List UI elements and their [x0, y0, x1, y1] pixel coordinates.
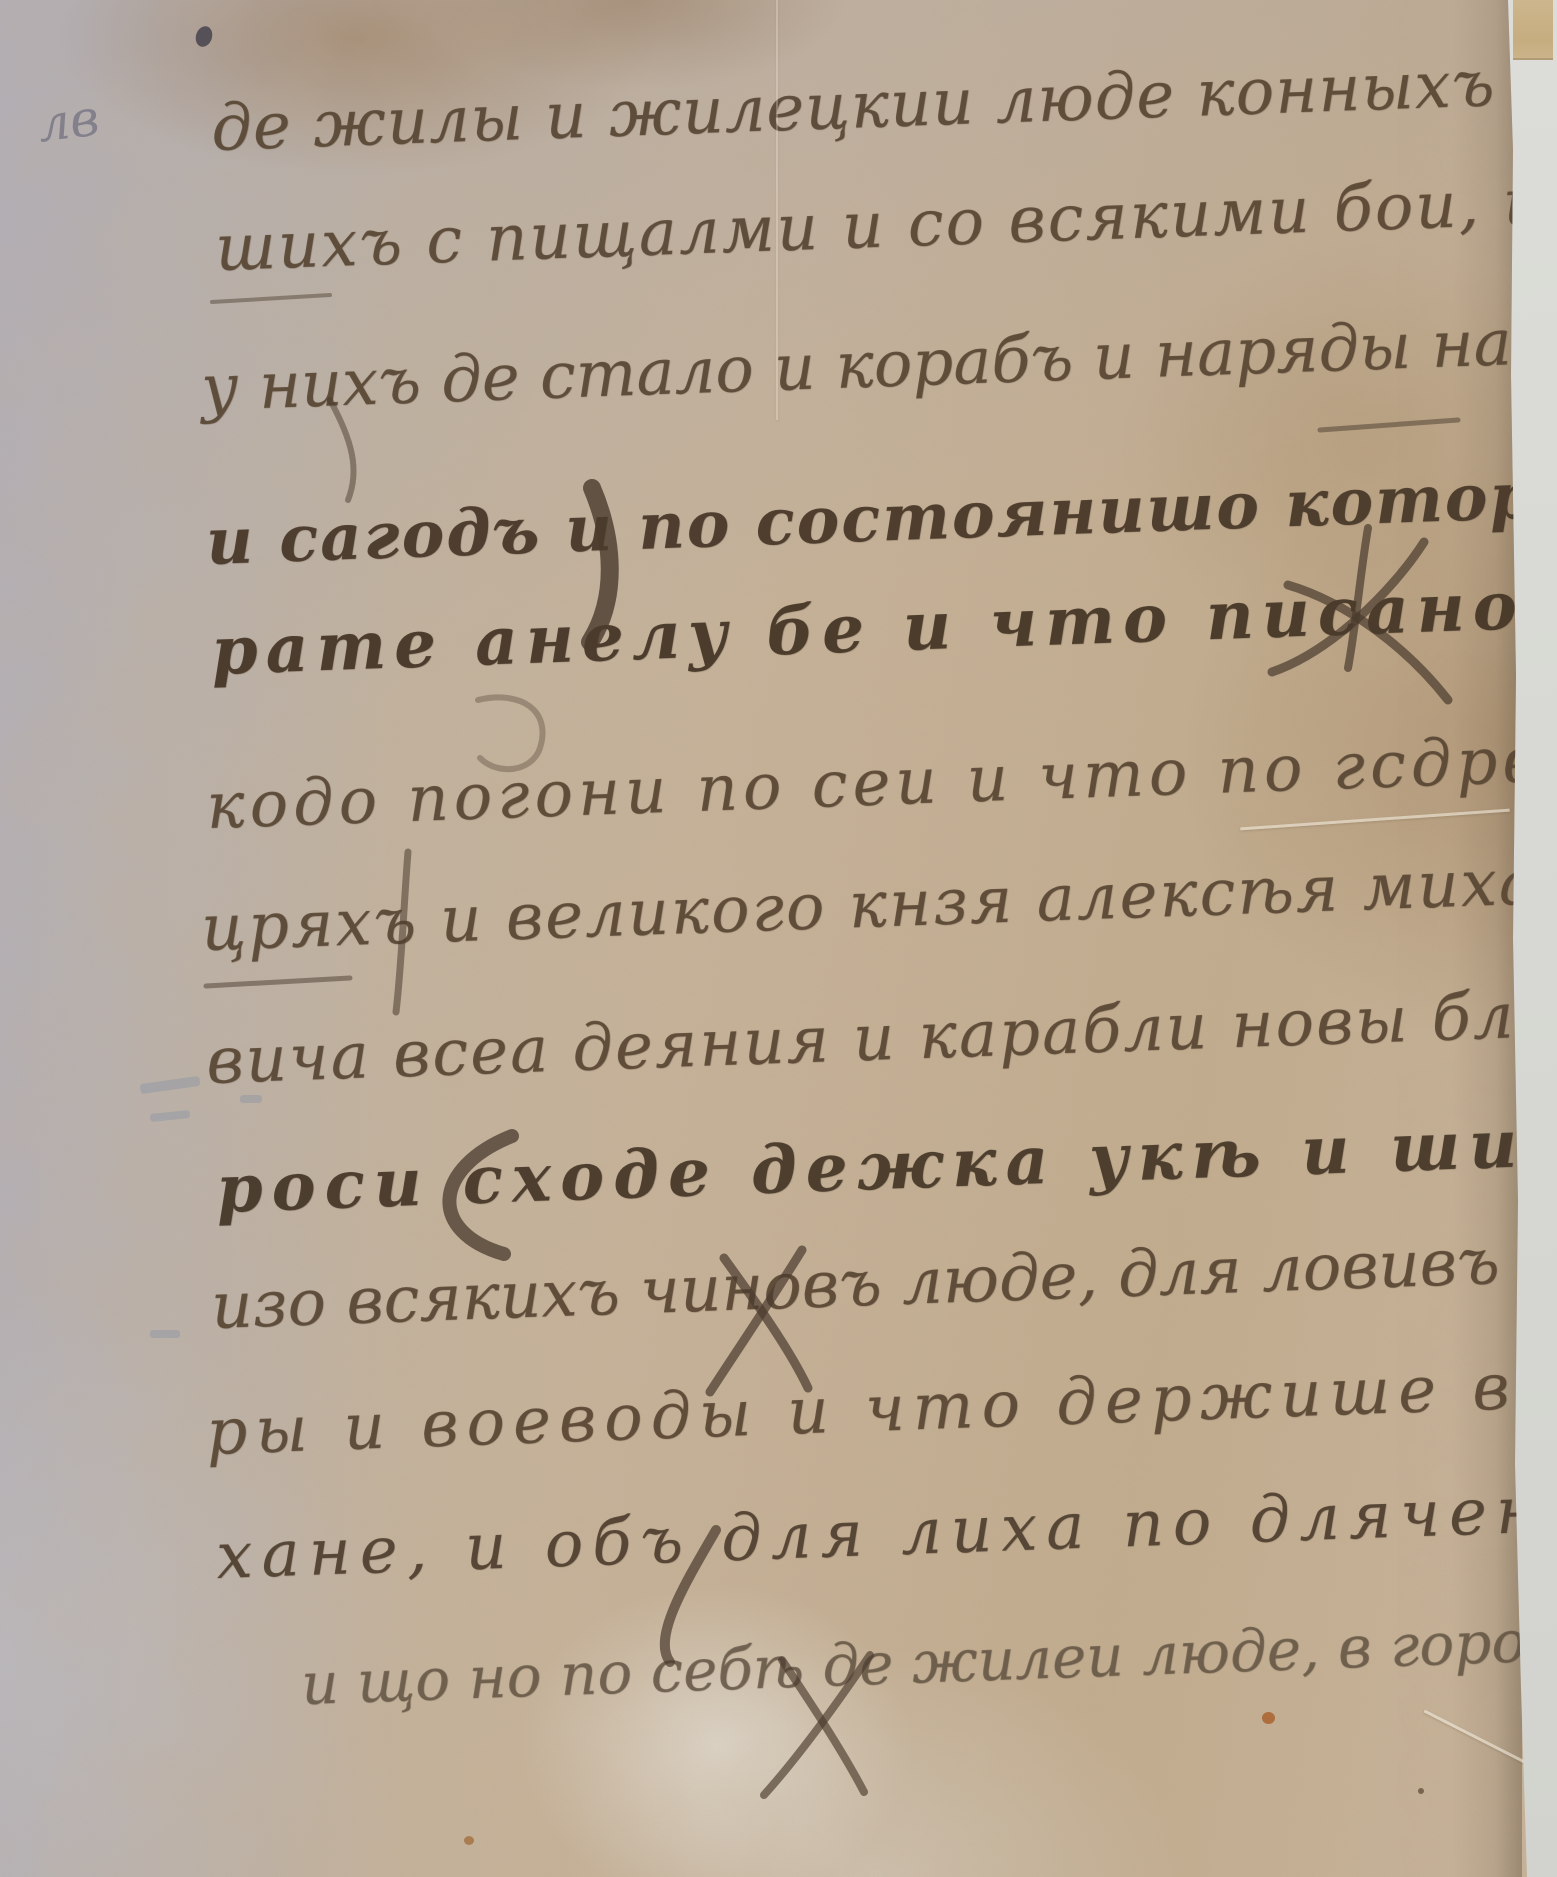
manuscript-line: цряхъ и великого кнзя алексѣя михаило	[200, 841, 1557, 966]
flourish-stroke	[1320, 420, 1458, 430]
manuscript-line: роси сходе дежка укѣ и ширтень	[215, 1094, 1557, 1228]
manuscript-line: шихъ с пищалми и со всякими бои, и что	[214, 160, 1557, 286]
manuscript-line: вича всеа деяния и карабли новы блиса	[205, 975, 1557, 1099]
manuscript-line: и що но по себѣ де жилеи люде, в горо	[300, 1607, 1527, 1718]
folio-note: лв	[35, 89, 103, 154]
bleed-mark	[150, 1110, 191, 1122]
ink-blot	[193, 24, 215, 49]
rust-speck	[464, 1836, 474, 1845]
bleed-mark	[140, 1076, 201, 1094]
page-edge-shade	[1452, 0, 1522, 1877]
manuscript-line: изо всякихъ чиновъ люде, для ловивъ з бо…	[210, 1218, 1557, 1344]
manuscript-line: де жилы и жилецкии люде конныхъ и пѣсв	[210, 38, 1557, 166]
bleed-mark	[150, 1330, 180, 1338]
rust-speck	[1262, 1712, 1275, 1724]
flourish-stroke	[206, 978, 350, 986]
tape-fragment	[1513, 0, 1553, 60]
manuscript-line: хане, и объ для лиха по дляченѣ	[215, 1471, 1557, 1594]
manuscript-photo: лв де жилы и жилецкии люде конныхъ и пѣс…	[0, 0, 1557, 1877]
fold-crease	[776, 0, 778, 420]
manuscript-page: лв де жилы и жилецкии люде конныхъ и пѣс…	[0, 0, 1557, 1877]
rust-speck	[1418, 1788, 1424, 1794]
bleed-mark	[240, 1095, 262, 1103]
manuscript-line: и сагодъ и по состоянишо которые в бо	[205, 448, 1557, 580]
manuscript-line: рате анелу бе и что писано ниже	[210, 556, 1557, 690]
manuscript-line: у нихъ де стало и корабъ и наряды нашодъ	[200, 300, 1557, 426]
manuscript-line: ры и воеводы и что держише в ара	[205, 1344, 1557, 1470]
manuscript-line: кодо погони по сеи и что по гсдрвѣ	[205, 721, 1557, 844]
flourish-stroke	[212, 295, 330, 302]
